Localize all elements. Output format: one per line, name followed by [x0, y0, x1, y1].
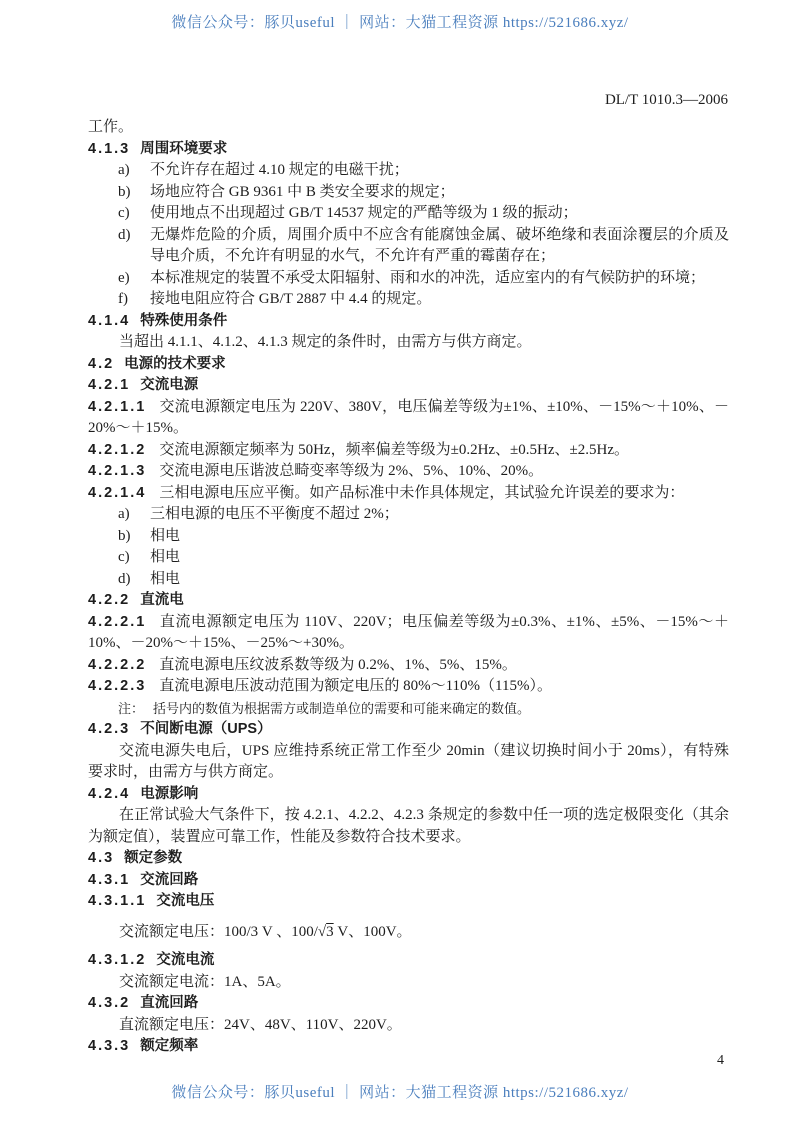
- clause-text: 直流电源额定电压为 110V、220V；电压偏差等级为±0.3%、±1%、±5%…: [88, 614, 729, 652]
- list-item-text: 相电: [150, 571, 180, 587]
- line-c: 4.2.2.3直流电源电压波动范围为额定电压的 80%～110%（115%）。: [88, 676, 729, 698]
- line-h: 4.3.1.2交流电流: [88, 950, 729, 972]
- clause-text: 直流电源电压纹波系数等级为 0.2%、1%、5%、15%。: [159, 657, 516, 673]
- line-plain: 工作。: [88, 117, 729, 139]
- clause-number: 4.2: [88, 356, 114, 372]
- clause-number: 4.1.3: [88, 141, 130, 157]
- document-content: 工作。4.1.3周围环境要求a)不允许存在超过 4.10 规定的电磁干扰；b)场…: [88, 117, 729, 1058]
- line-h: 4.1.4特殊使用条件: [88, 311, 729, 333]
- line-c: 4.2.1.1交流电源额定电压为 220V、380V，电压偏差等级为±1%、±1…: [88, 397, 729, 440]
- paragraph-text: 工作。: [88, 119, 133, 135]
- clause-number: 4.2.1: [88, 377, 130, 393]
- clause-number: 4.3.1.1: [88, 893, 146, 909]
- line-note: 注：括号内的数值为根据需方或制造单位的需要和可能来确定的数值。: [88, 698, 729, 720]
- clause-number: 4.2.2.3: [88, 678, 146, 694]
- list-letter: b): [118, 182, 131, 204]
- heading-title: 电源的技术要求: [124, 356, 226, 372]
- line-h: 4.3.2直流回路: [88, 993, 729, 1015]
- line-c: 4.2.1.3交流电源电压谐波总畸变率等级为 2%、5%、10%、20%。: [88, 461, 729, 483]
- paragraph-text: 交流额定电流：1A、5A。: [119, 974, 291, 990]
- clause-number: 4.3.3: [88, 1038, 130, 1054]
- doc-number: DL/T 1010.3—2006: [605, 92, 728, 109]
- line-li: a)三相电源的电压不平衡度不超过 2%；: [88, 504, 729, 526]
- line-li: f)接地电阻应符合 GB/T 2887 中 4.4 的规定。: [88, 289, 729, 311]
- line-c: 4.2.2.1直流电源额定电压为 110V、220V；电压偏差等级为±0.3%、…: [88, 612, 729, 655]
- clause-number: 4.3: [88, 850, 114, 866]
- line-indent: 交流电源失电后，UPS 应维持系统正常工作至少 20min（建议切换时间小于 2…: [88, 741, 729, 784]
- heading-title: 交流回路: [140, 872, 198, 888]
- heading-title: 特殊使用条件: [140, 313, 227, 329]
- note-text: 括号内的数值为根据需方或制造单位的需要和可能来确定的数值。: [153, 701, 530, 716]
- clause-number: 4.3.2: [88, 995, 130, 1011]
- list-letter: e): [118, 268, 130, 290]
- clause-number: 4.2.1.4: [88, 485, 146, 501]
- list-letter: a): [118, 160, 130, 182]
- line-li: e)本标准规定的装置不承受太阳辐射、雨和水的冲洗，适应室内的有气候防护的环境；: [88, 268, 729, 290]
- heading-title: 直流回路: [140, 995, 198, 1011]
- list-letter: c): [118, 547, 130, 569]
- list-item-text: 相电: [150, 549, 180, 565]
- line-li: c)使用地点不出现超过 GB/T 14537 规定的严酷等级为 1 级的振动；: [88, 203, 729, 225]
- list-item-text: 使用地点不出现超过 GB/T 14537 规定的严酷等级为 1 级的振动；: [150, 205, 578, 221]
- line-h: 4.3.3额定频率: [88, 1036, 729, 1058]
- list-letter: c): [118, 203, 130, 225]
- line-h: 4.2电源的技术要求: [88, 354, 729, 376]
- clause-text: 交流电源额定电压为 220V、380V，电压偏差等级为±1%、±10%、－15%…: [88, 399, 729, 437]
- paragraph-text: 直流额定电压：24V、48V、110V、220V。: [119, 1017, 402, 1033]
- clause-number: 4.2.1.3: [88, 463, 146, 479]
- line-h: 4.3.1.1交流电压: [88, 891, 729, 913]
- line-indent: 交流额定电流：1A、5A。: [88, 972, 729, 994]
- heading-title: 额定频率: [140, 1038, 198, 1054]
- clause-number: 4.2.2.2: [88, 657, 146, 673]
- list-item-text: 本标准规定的装置不承受太阳辐射、雨和水的冲洗，适应室内的有气候防护的环境；: [150, 270, 705, 286]
- line-c: 4.2.1.4三相电源电压应平衡。如产品标准中未作具体规定，其试验允许误差的要求…: [88, 483, 729, 505]
- clause-number: 4.2.1.1: [88, 399, 146, 415]
- line-indent: 在正常试验大气条件下，按 4.2.1、4.2.2、4.2.3 条规定的参数中任一…: [88, 805, 729, 848]
- clause-number: 4.2.2.1: [88, 614, 146, 630]
- clause-number: 4.2.3: [88, 721, 130, 737]
- line-h: 4.2.4电源影响: [88, 784, 729, 806]
- list-item-text: 相电: [150, 528, 180, 544]
- clause-text: 三相电源电压应平衡。如产品标准中未作具体规定，其试验允许误差的要求为：: [159, 485, 684, 501]
- heading-title: 交流电压: [156, 893, 214, 909]
- heading-title: 周围环境要求: [140, 141, 227, 157]
- line-li: a)不允许存在超过 4.10 规定的电磁干扰；: [88, 160, 729, 182]
- list-letter: a): [118, 504, 130, 526]
- line-formula: 交流额定电压：100/3 V 、100/√3 V、100V。: [88, 922, 729, 944]
- line-li: d)相电: [88, 569, 729, 591]
- clause-number: 4.3.1.2: [88, 952, 146, 968]
- heading-title: 交流电流: [156, 952, 214, 968]
- heading-title: 电源影响: [140, 786, 198, 802]
- heading-title: 交流电源: [140, 377, 198, 393]
- list-item-text: 场地应符合 GB 9361 中 B 类安全要求的规定；: [150, 184, 455, 200]
- line-h: 4.2.2直流电: [88, 590, 729, 612]
- clause-text: 交流电源电压谐波总畸变率等级为 2%、5%、10%、20%。: [159, 463, 543, 479]
- clause-number: 4.3.1: [88, 872, 130, 888]
- clause-text: 交流电源额定频率为 50Hz，频率偏差等级为±0.2Hz、±0.5Hz、±2.5…: [159, 442, 629, 458]
- list-letter: d): [118, 569, 131, 591]
- page-number: 4: [717, 1053, 724, 1069]
- footer-watermark: 微信公众号：豚贝useful ｜ 网站：大猫工程资源 https://52168…: [0, 1081, 800, 1102]
- line-li: b)场地应符合 GB 9361 中 B 类安全要求的规定；: [88, 182, 729, 204]
- heading-title: 直流电: [140, 592, 184, 608]
- line-h: 4.2.1交流电源: [88, 375, 729, 397]
- paragraph-text: 当超出 4.1.1、4.1.2、4.1.3 规定的条件时，由需方与供方商定。: [119, 334, 532, 350]
- line-indent: 直流额定电压：24V、48V、110V、220V。: [88, 1015, 729, 1037]
- line-c: 4.2.1.2交流电源额定频率为 50Hz，频率偏差等级为±0.2Hz、±0.5…: [88, 440, 729, 462]
- note-label: 注：: [118, 701, 144, 716]
- clause-number: 4.2.4: [88, 786, 130, 802]
- line-li: c)相电: [88, 547, 729, 569]
- clause-text: 直流电源电压波动范围为额定电压的 80%～110%（115%）。: [159, 678, 552, 694]
- line-h: 4.3额定参数: [88, 848, 729, 870]
- line-h: 4.3.1交流回路: [88, 870, 729, 892]
- clause-number: 4.2.1.2: [88, 442, 146, 458]
- list-item-text: 无爆炸危险的介质，周围介质中不应含有能腐蚀金属、破坏绝缘和表面涂覆层的介质及导电…: [150, 227, 729, 265]
- list-item-text: 三相电源的电压不平衡度不超过 2%；: [150, 506, 399, 522]
- list-letter: b): [118, 526, 131, 548]
- line-li: b)相电: [88, 526, 729, 548]
- line-c: 4.2.2.2直流电源电压纹波系数等级为 0.2%、1%、5%、15%。: [88, 655, 729, 677]
- formula-prefix: 交流额定电压：100/3 V 、100/: [119, 924, 318, 940]
- sqrt-symbol: √: [318, 924, 326, 940]
- list-item-text: 不允许存在超过 4.10 规定的电磁干扰；: [150, 162, 409, 178]
- heading-title: 额定参数: [124, 850, 182, 866]
- line-indent: 当超出 4.1.1、4.1.2、4.1.3 规定的条件时，由需方与供方商定。: [88, 332, 729, 354]
- list-letter: d): [118, 225, 131, 247]
- heading-title: 不间断电源（UPS）: [140, 721, 271, 737]
- list-letter: f): [118, 289, 128, 311]
- line-li: d)无爆炸危险的介质，周围介质中不应含有能腐蚀金属、破坏绝缘和表面涂覆层的介质及…: [88, 225, 729, 268]
- line-h: 4.1.3周围环境要求: [88, 139, 729, 161]
- line-h: 4.2.3不间断电源（UPS）: [88, 719, 729, 741]
- document-page: { "colors": { "watermark_blue": "#4a7ebd…: [0, 0, 800, 1132]
- clause-number: 4.2.2: [88, 592, 130, 608]
- formula-suffix: V、100V。: [334, 924, 412, 940]
- header-watermark: 微信公众号：豚贝useful ｜ 网站：大猫工程资源 https://52168…: [0, 11, 800, 32]
- paragraph-text: 在正常试验大气条件下，按 4.2.1、4.2.2、4.2.3 条规定的参数中任一…: [88, 807, 729, 845]
- list-item-text: 接地电阻应符合 GB/T 2887 中 4.4 的规定。: [150, 291, 431, 307]
- clause-number: 4.1.4: [88, 313, 130, 329]
- sqrt-radicand: 3: [326, 924, 334, 940]
- paragraph-text: 交流电源失电后，UPS 应维持系统正常工作至少 20min（建议切换时间小于 2…: [88, 743, 729, 781]
